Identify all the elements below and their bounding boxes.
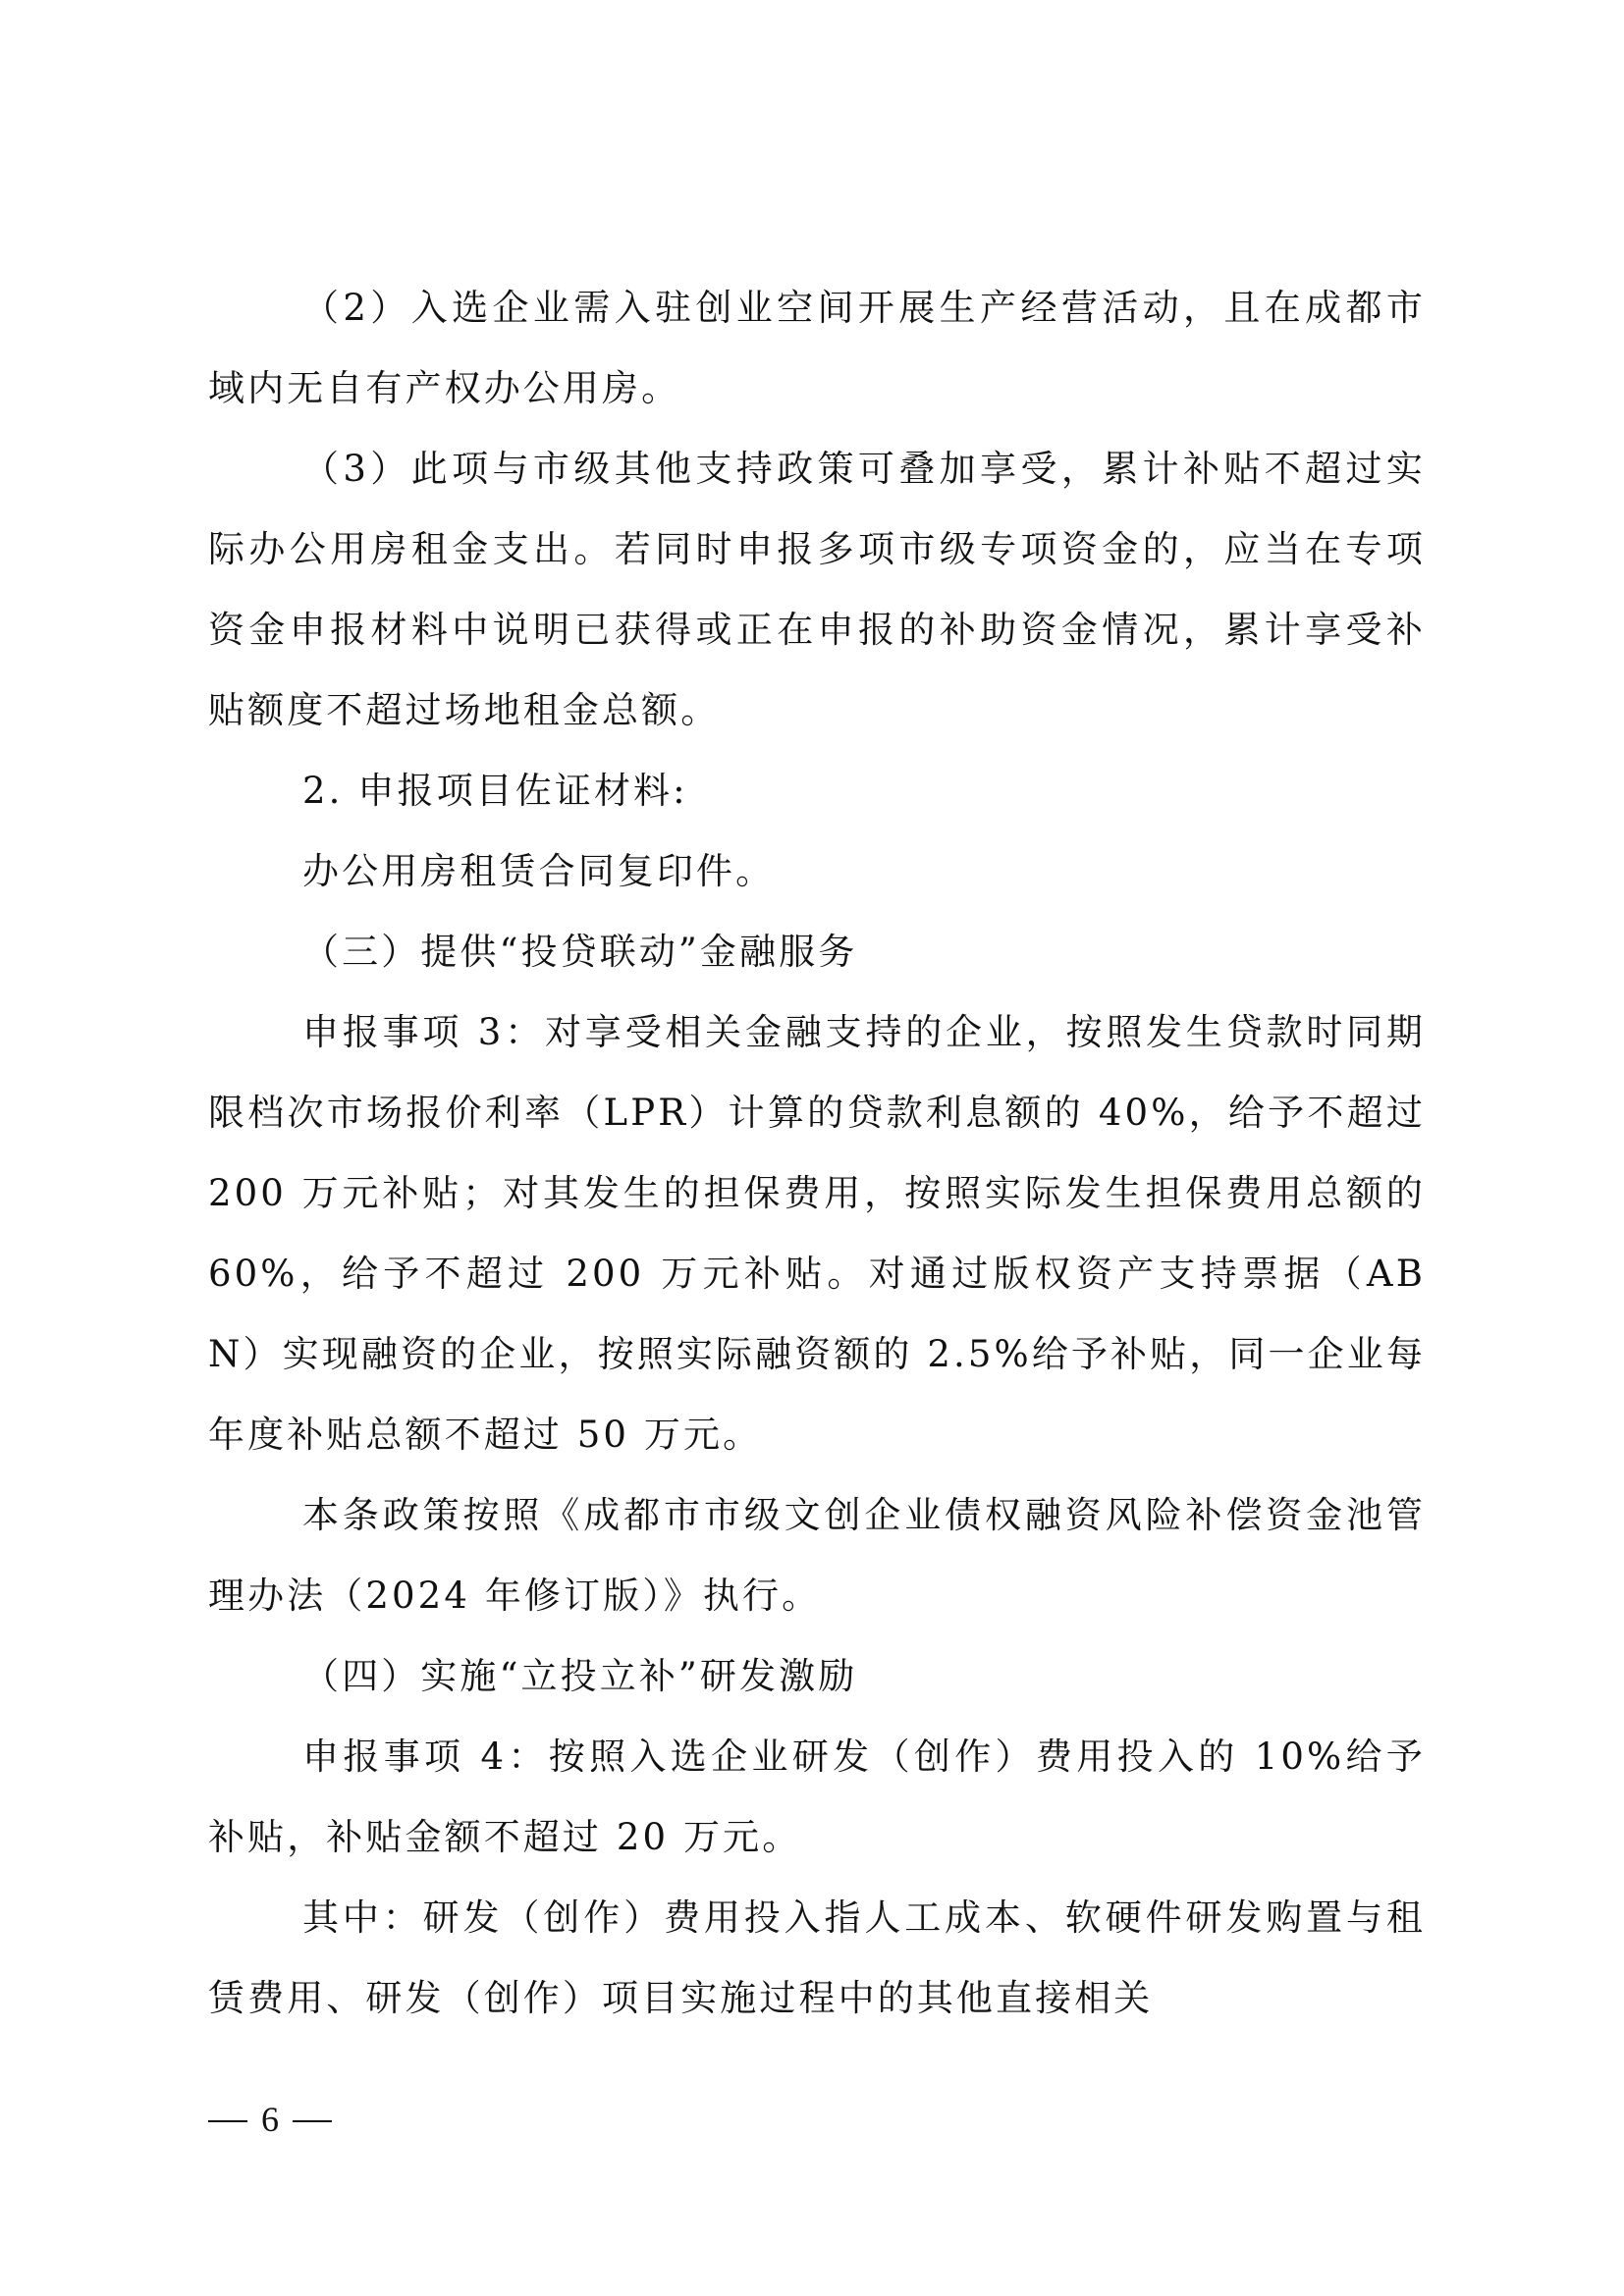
paragraph-application-item-4: 申报事项 4：按照入选企业研发（创作）费用投入的 10%给予补贴，补贴金额不超过… (208, 1717, 1426, 1878)
section-heading-financial-services: （三）提供“投贷联动”金融服务 (208, 912, 1426, 992)
page-number-dash-left (208, 2120, 247, 2122)
document-body: （2）入选企业需入驻创业空间开展生产经营活动，且在成都市域内无自有产权办公用房。… (208, 268, 1426, 2039)
paragraph-supporting-materials-label: 2. 申报项目佐证材料: (208, 751, 1426, 831)
section-heading-rd-incentive: （四）实施“立投立补”研发激励 (208, 1636, 1426, 1717)
paragraph-condition-2: （2）入选企业需入驻创业空间开展生产经营活动，且在成都市域内无自有产权办公用房。 (208, 268, 1426, 429)
page-number-value: 6 (261, 2100, 279, 2139)
paragraph-policy-reference: 本条政策按照《成都市市级文创企业债权融资风险补偿资金池管理办法（2024 年修订… (208, 1475, 1426, 1636)
paragraph-application-item-3: 申报事项 3：对享受相关金融支持的企业，按照发生贷款时同期限档次市场报价利率（L… (208, 992, 1426, 1475)
page-number: 6 (208, 2095, 346, 2144)
page-number-dash-right (293, 2120, 332, 2122)
paragraph-rd-cost-definition: 其中：研发（创作）费用投入指人工成本、软硬件研发购置与租赁费用、研发（创作）项目… (208, 1878, 1426, 2039)
paragraph-condition-3: （3）此项与市级其他支持政策可叠加享受，累计补贴不超过实际办公用房租金支出。若同… (208, 429, 1426, 751)
paragraph-lease-contract: 办公用房租赁合同复印件。 (208, 831, 1426, 912)
